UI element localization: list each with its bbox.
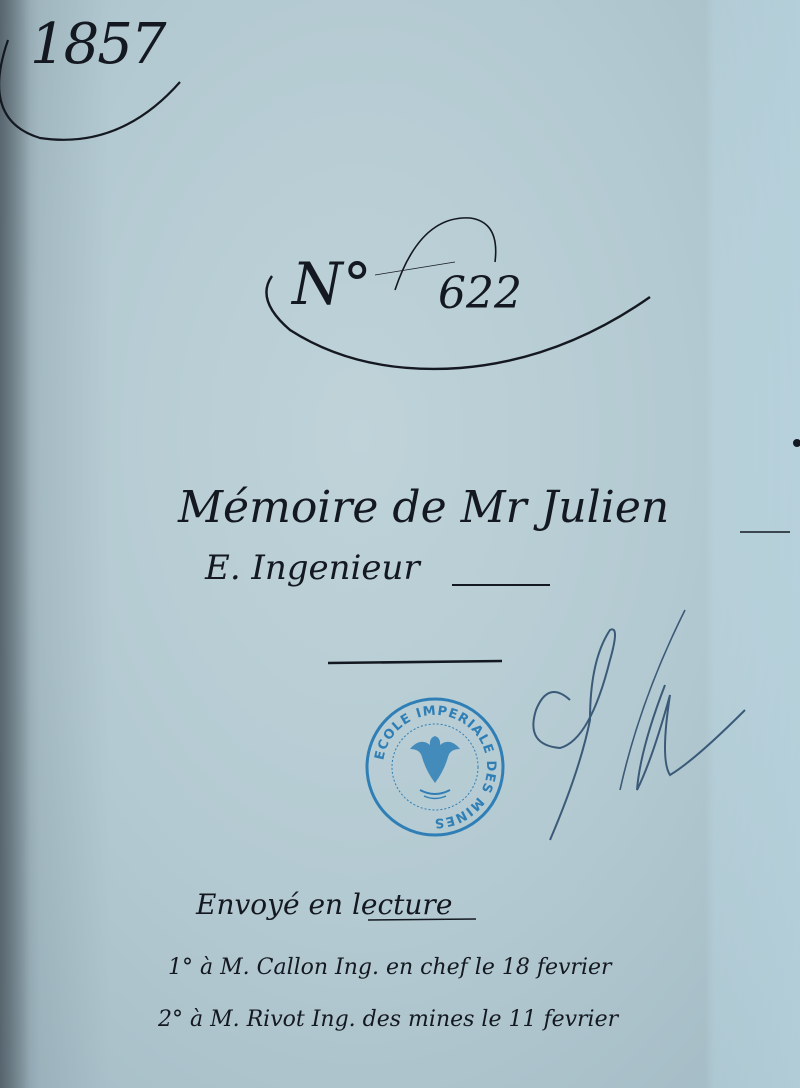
number-prefix: N°	[292, 250, 372, 318]
dispatch-entry: 2° à M. Rivot Ing. des mines le 11 fevri…	[158, 1007, 618, 1032]
dispatch-text: à M. Callon Ing. en chef le 18 fevrier	[200, 955, 612, 980]
annotation-text: Vu	[579, 769, 582, 771]
dispatch-text: à M. Rivot Ing. des mines le 11 fevrier	[190, 1007, 618, 1032]
page-fold-shadow	[0, 0, 30, 1088]
document-page	[0, 0, 800, 1088]
registration-number: 622	[438, 268, 522, 319]
pencil-annotation-vu: Vu	[520, 600, 780, 850]
document-title: Mémoire de Mr Julien	[178, 482, 669, 533]
dispatch-heading: Envoyé en lecture	[196, 888, 452, 921]
dispatch-ordinal: 1°	[168, 955, 193, 980]
school-stamp: ECOLE IMPERIALE DES MINES	[364, 696, 506, 838]
dispatch-ordinal: 2°	[158, 1007, 183, 1032]
document-subtitle: E. Ingenieur	[205, 548, 420, 588]
year-label: 1857	[30, 12, 165, 77]
dispatch-entry: 1° à M. Callon Ing. en chef le 18 fevrie…	[168, 955, 612, 980]
imperial-eagle-icon	[410, 736, 460, 799]
